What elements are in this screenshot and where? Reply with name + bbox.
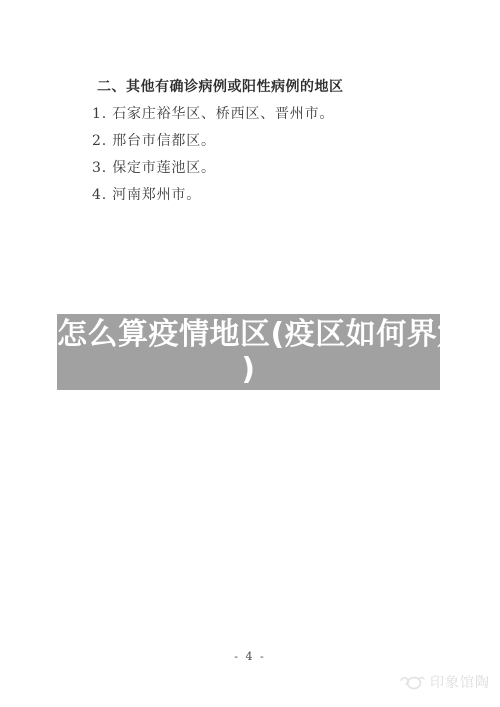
list-item: 3. 保定市莲池区。 (92, 157, 216, 177)
watermark: 印象馆陶 (399, 671, 490, 693)
bird-logo-icon (399, 671, 425, 693)
list-item: 4. 河南郑州市。 (92, 184, 201, 204)
banner-title-line2: ) (57, 352, 440, 387)
list-item: 2. 邢台市信都区。 (92, 130, 216, 150)
page-number: - 4 - (0, 650, 500, 663)
document-page: 二、其他有确诊病例或阳性病例的地区 1. 石家庄裕华区、桥西区、晋州市。 2. … (0, 0, 500, 707)
title-banner: 怎么算疫情地区(疫区如何界定 ) (57, 314, 440, 390)
section-heading: 二、其他有确诊病例或阳性病例的地区 (97, 76, 344, 96)
banner-title-line1: 怎么算疫情地区(疫区如何界定 (57, 317, 440, 352)
list-item: 1. 石家庄裕华区、桥西区、晋州市。 (92, 103, 334, 123)
watermark-label: 印象馆陶 (430, 672, 490, 692)
